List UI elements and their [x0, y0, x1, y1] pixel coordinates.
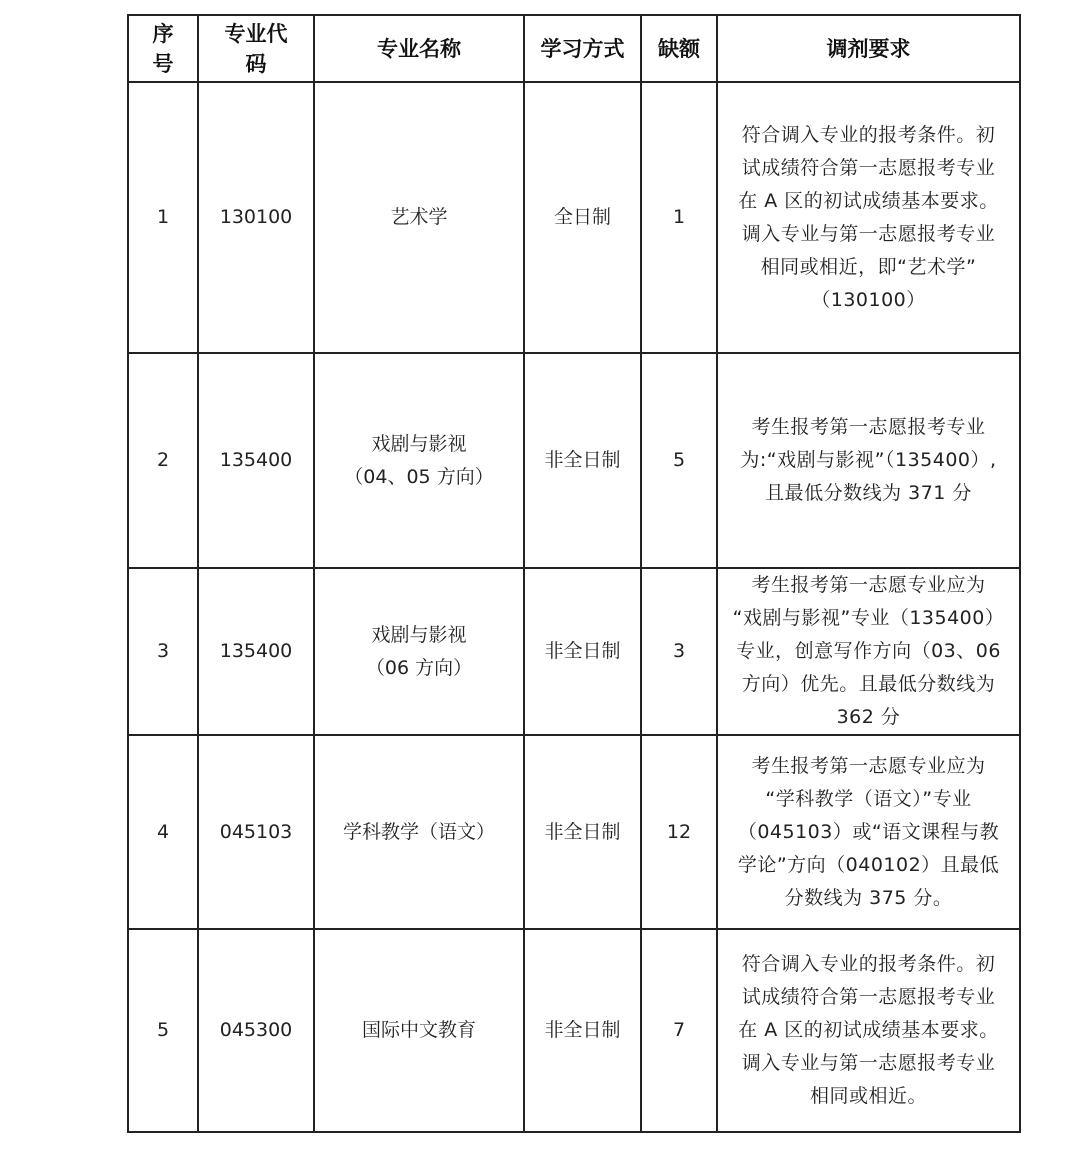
header-mode: 学习方式: [524, 15, 641, 82]
cell-requirement: 符合调入专业的报考条件。初 试成绩符合第一志愿报考专业 在 A 区的初试成绩基本…: [717, 82, 1020, 353]
cell-vacancy: 12: [641, 735, 717, 929]
requirement-line: 考生报考第一志愿报考专业: [728, 411, 1009, 444]
name-line: 艺术学: [315, 201, 523, 234]
cell-seq: 1: [128, 82, 198, 353]
requirement-line: 专业，创意写作方向（03、06: [728, 635, 1009, 668]
table-row: 1 130100 艺术学 全日制 1 符合调入专业的报考条件。初 试成绩符合第一…: [128, 82, 1020, 353]
header-code-line-2: 码: [199, 49, 313, 79]
cell-code: 130100: [198, 82, 314, 353]
cell-requirement: 考生报考第一志愿专业应为 “学科教学（语文）”专业 （045103）或“语文课程…: [717, 735, 1020, 929]
requirement-line: 在 A 区的初试成绩基本要求。: [728, 1014, 1009, 1047]
cell-mode: 非全日制: [524, 568, 641, 735]
table-row: 2 135400 戏剧与影视 （04、05 方向） 非全日制 5 考生报考第一志…: [128, 353, 1020, 568]
requirement-line: 考生报考第一志愿专业应为: [728, 569, 1009, 602]
cell-name: 戏剧与影视 （06 方向）: [314, 568, 524, 735]
requirement-line: “学科教学（语文）”专业: [728, 783, 1009, 816]
requirement-line: （045103）或“语文课程与教: [728, 816, 1009, 849]
requirement-line: 方向）优先。且最低分数线为: [728, 668, 1009, 701]
table-row: 3 135400 戏剧与影视 （06 方向） 非全日制 3 考生报考第一志愿专业…: [128, 568, 1020, 735]
header-seq-line-2: 号: [129, 49, 197, 79]
requirement-line: 符合调入专业的报考条件。初: [728, 119, 1009, 152]
name-line: 戏剧与影视: [315, 619, 523, 652]
name-line: （06 方向）: [315, 652, 523, 685]
requirement-line: 为:“戏剧与影视”（135400）,: [728, 444, 1009, 477]
cell-mode: 非全日制: [524, 929, 641, 1132]
cell-vacancy: 1: [641, 82, 717, 353]
cell-seq: 2: [128, 353, 198, 568]
requirement-line: 且最低分数线为 371 分: [728, 477, 1009, 510]
header-requirement: 调剂要求: [717, 15, 1020, 82]
requirement-line: 相同或相近，即“艺术学”: [728, 251, 1009, 284]
cell-code: 135400: [198, 568, 314, 735]
header-vacancy: 缺额: [641, 15, 717, 82]
requirement-line: “戏剧与影视”专业（135400）: [728, 602, 1009, 635]
cell-requirement: 考生报考第一志愿报考专业 为:“戏剧与影视”（135400）, 且最低分数线为 …: [717, 353, 1020, 568]
table-row: 5 045300 国际中文教育 非全日制 7 符合调入专业的报考条件。初 试成绩…: [128, 929, 1020, 1132]
cell-code: 045103: [198, 735, 314, 929]
cell-vacancy: 5: [641, 353, 717, 568]
header-code: 专业代 码: [198, 15, 314, 82]
cell-mode: 全日制: [524, 82, 641, 353]
requirement-line: 在 A 区的初试成绩基本要求。: [728, 185, 1009, 218]
requirement-line: 调入专业与第一志愿报考专业: [728, 218, 1009, 251]
requirement-line: 试成绩符合第一志愿报考专业: [728, 152, 1009, 185]
header-seq: 序 号: [128, 15, 198, 82]
cell-seq: 4: [128, 735, 198, 929]
requirement-line: 分数线为 375 分。: [728, 882, 1009, 915]
cell-mode: 非全日制: [524, 735, 641, 929]
requirement-line: 试成绩符合第一志愿报考专业: [728, 981, 1009, 1014]
cell-code: 045300: [198, 929, 314, 1132]
requirement-line: 相同或相近。: [728, 1080, 1009, 1113]
cell-mode: 非全日制: [524, 353, 641, 568]
requirement-line: （130100）: [728, 284, 1009, 317]
header-seq-line-1: 序: [129, 19, 197, 49]
requirement-line: 符合调入专业的报考条件。初: [728, 948, 1009, 981]
cell-name: 学科教学（语文）: [314, 735, 524, 929]
cell-name: 艺术学: [314, 82, 524, 353]
cell-vacancy: 7: [641, 929, 717, 1132]
cell-requirement: 考生报考第一志愿专业应为 “戏剧与影视”专业（135400） 专业，创意写作方向…: [717, 568, 1020, 735]
cell-seq: 5: [128, 929, 198, 1132]
requirement-line: 调入专业与第一志愿报考专业: [728, 1047, 1009, 1080]
header-row: 序 号 专业代 码 专业名称 学习方式 缺额 调剂要求: [128, 15, 1020, 82]
header-name: 专业名称: [314, 15, 524, 82]
name-line: （04、05 方向）: [315, 461, 523, 494]
name-line: 学科教学（语文）: [315, 816, 523, 849]
header-code-line-1: 专业代: [199, 19, 313, 49]
table-row: 4 045103 学科教学（语文） 非全日制 12 考生报考第一志愿专业应为 “…: [128, 735, 1020, 929]
cell-seq: 3: [128, 568, 198, 735]
cell-name: 国际中文教育: [314, 929, 524, 1132]
cell-requirement: 符合调入专业的报考条件。初 试成绩符合第一志愿报考专业 在 A 区的初试成绩基本…: [717, 929, 1020, 1132]
cell-vacancy: 3: [641, 568, 717, 735]
cell-name: 戏剧与影视 （04、05 方向）: [314, 353, 524, 568]
requirement-line: 学论”方向（040102）且最低: [728, 849, 1009, 882]
cell-code: 135400: [198, 353, 314, 568]
adjustment-table: 序 号 专业代 码 专业名称 学习方式 缺额 调剂要求 1 130100 艺术学…: [127, 14, 1021, 1133]
requirement-line: 362 分: [728, 701, 1009, 734]
name-line: 戏剧与影视: [315, 428, 523, 461]
requirement-line: 考生报考第一志愿专业应为: [728, 750, 1009, 783]
name-line: 国际中文教育: [315, 1014, 523, 1047]
